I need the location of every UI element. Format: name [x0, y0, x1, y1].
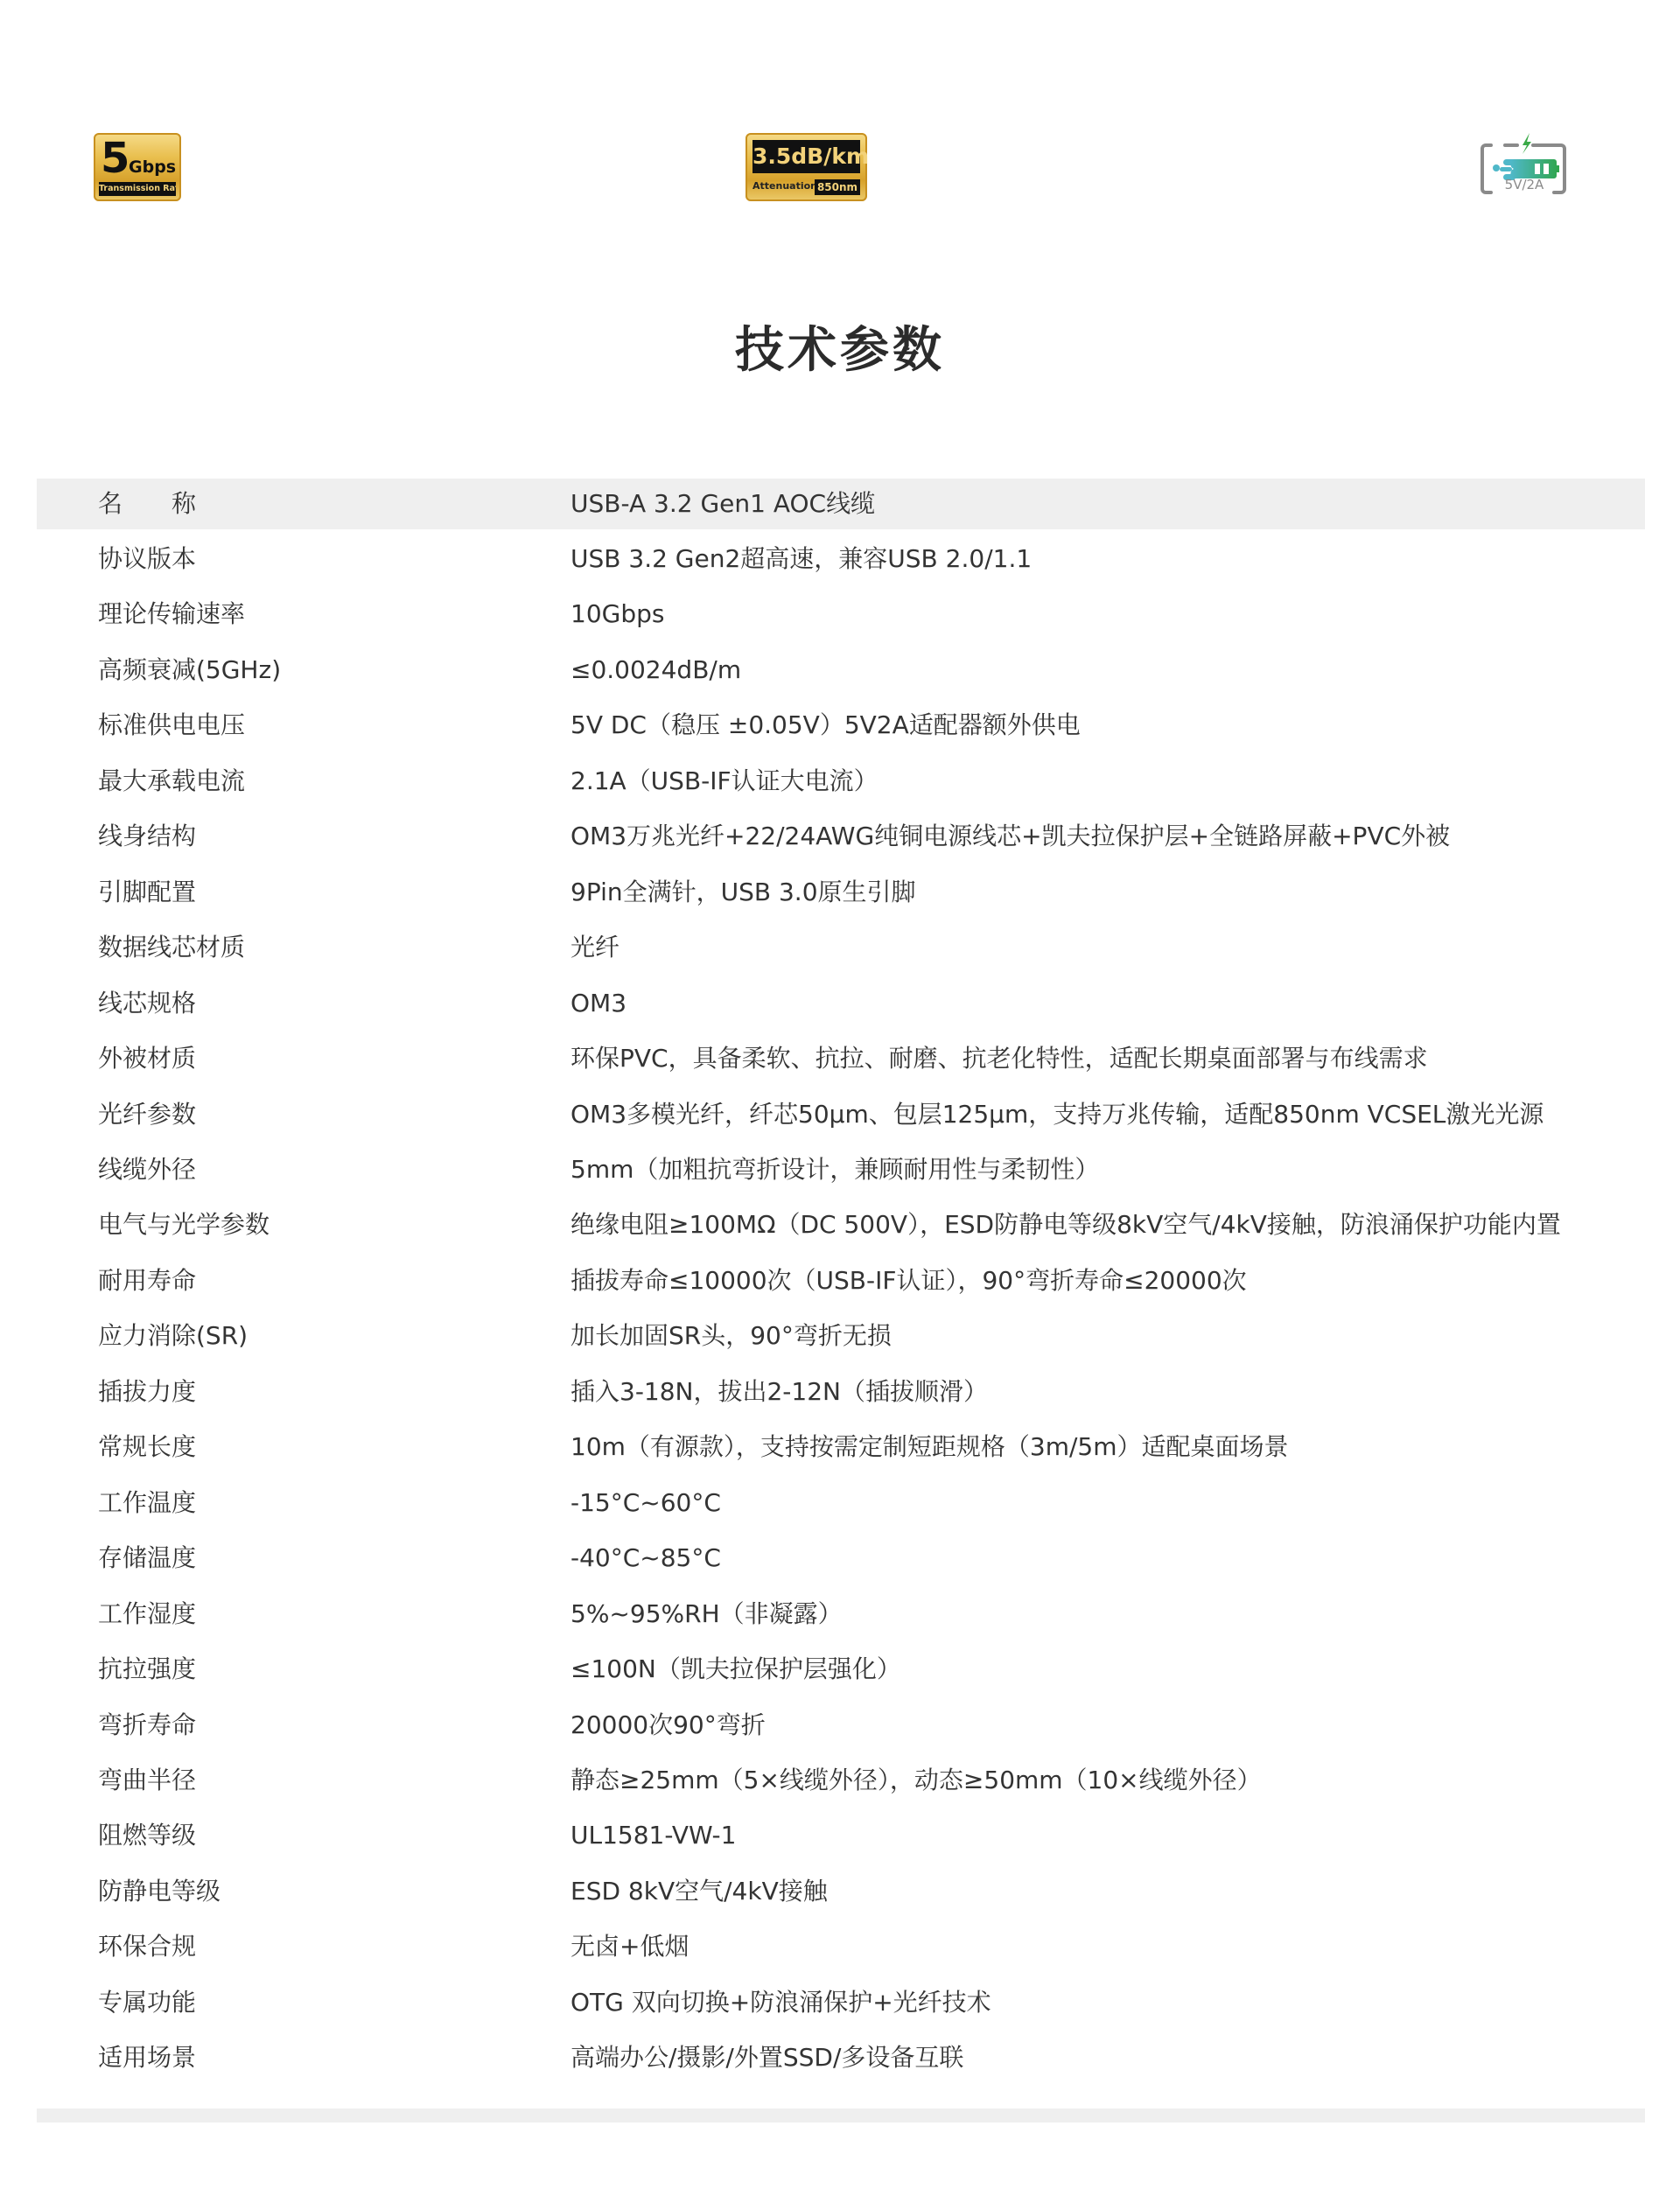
- row-value: -40°C~85°C: [570, 1541, 721, 1576]
- row-value: 静态≥25mm（5×线缆外径），动态≥50mm（10×线缆外径）: [570, 1763, 1262, 1798]
- row-label: 环保合规: [98, 1929, 196, 1964]
- header-label-part1: 名: [98, 489, 122, 518]
- row-label: 数据线芯材质: [98, 930, 245, 965]
- row-value: 插拔寿命≤10000次（USB-IF认证），90°弯折寿命≤20000次: [570, 1263, 1247, 1298]
- row-label: 常规长度: [98, 1430, 196, 1465]
- speed-badge-caption: Transmission Rate: [99, 182, 176, 196]
- header-label: 名称: [98, 479, 196, 529]
- row-label: 专属功能: [98, 1985, 196, 2020]
- table-row: 线缆外径5mm（加粗抗弯折设计，兼顾耐用性与柔韧性）: [37, 1140, 1645, 1195]
- row-label: 防静电等级: [98, 1874, 220, 1909]
- row-label: 电气与光学参数: [98, 1207, 269, 1242]
- table-row: 高频衰减(5GHz)≤0.0024dB/m: [37, 640, 1645, 696]
- page-title: 技术参数: [0, 320, 1680, 381]
- table-row: 标准供电电压5V DC（稳压 ±0.05V）5V2A适配器额外供电: [37, 696, 1645, 751]
- table-row: 常规长度10m（有源款），支持按需定制短距规格（3m/5m）适配桌面场景: [37, 1417, 1645, 1472]
- row-label: 线身结构: [98, 819, 196, 854]
- table-row: 工作温度-15°C~60°C: [37, 1473, 1645, 1528]
- row-value: 加长加固SR头，90°弯折无损: [570, 1318, 892, 1353]
- row-label: 适用场景: [98, 2040, 196, 2075]
- table-row: 电气与光学参数绝缘电阻≥100MΩ（DC 500V），ESD防静电等级8kV空气…: [37, 1195, 1645, 1250]
- row-value: ESD 8kV空气/4kV接触: [570, 1874, 828, 1909]
- row-label: 光纤参数: [98, 1097, 196, 1132]
- row-value: 5mm（加粗抗弯折设计，兼顾耐用性与柔韧性）: [570, 1152, 1099, 1187]
- table-row: 专属功能OTG 双向切换+防浪涌保护+光纤技术: [37, 1973, 1645, 2028]
- table-row: 适用场景高端办公/摄影/外置SSD/多设备互联: [37, 2028, 1645, 2083]
- row-label: 引脚配置: [98, 875, 196, 910]
- row-label: 弯曲半径: [98, 1763, 196, 1798]
- row-value: 高端办公/摄影/外置SSD/多设备互联: [570, 2040, 963, 2075]
- spec-table: 名称 USB-A 3.2 Gen1 AOC线缆 协议版本USB 3.2 Gen2…: [37, 479, 1645, 2084]
- table-row: 光纤参数OM3多模光纤，纤芯50μm、包层125μm，支持万兆传输，适配850n…: [37, 1085, 1645, 1140]
- row-value: OTG 双向切换+防浪涌保护+光纤技术: [570, 1985, 991, 2020]
- table-row: 抗拉强度≤100N（凯夫拉保护层强化）: [37, 1640, 1645, 1695]
- row-value: 光纤: [570, 930, 619, 965]
- row-label: 工作温度: [98, 1486, 196, 1521]
- row-label: 标准供电电压: [98, 708, 245, 743]
- row-value: OM3多模光纤，纤芯50μm、包层125μm，支持万兆传输，适配850nm VC…: [570, 1097, 1543, 1132]
- table-row: 线身结构OM3万兆光纤+22/24AWG纯铜电源线芯+凯夫拉保护层+全链路屏蔽+…: [37, 807, 1645, 862]
- row-label: 线缆外径: [98, 1152, 196, 1187]
- table-footer-band: [37, 2109, 1645, 2123]
- row-value: 插入3-18N，拔出2-12N（插拔顺滑）: [570, 1374, 988, 1409]
- row-value: ≤0.0024dB/m: [570, 653, 741, 688]
- attenuation-badge-value: 3.5dB/km: [752, 140, 860, 173]
- spec-rows: 协议版本USB 3.2 Gen2超高速，兼容USB 2.0/1.1理论传输速率1…: [37, 529, 1645, 2084]
- row-label: 耐用寿命: [98, 1263, 196, 1298]
- row-label: 工作湿度: [98, 1597, 196, 1632]
- attenuation-badge: 3.5dB/km Attenuation 850nm: [745, 133, 867, 201]
- row-value: 5%~95%RH（非凝露）: [570, 1597, 843, 1632]
- row-label: 线芯规格: [98, 986, 196, 1021]
- row-value: ≤100N（凯夫拉保护层强化）: [570, 1652, 901, 1687]
- speed-badge-unit: Gbps: [129, 157, 176, 177]
- row-value: 5V DC（稳压 ±0.05V）5V2A适配器额外供电: [570, 708, 1081, 743]
- table-row: 数据线芯材质光纤: [37, 918, 1645, 973]
- table-row: 防静电等级ESD 8kV空气/4kV接触: [37, 1862, 1645, 1917]
- table-row: 阻燃等级UL1581-VW-1: [37, 1806, 1645, 1861]
- speed-badge-value: 5: [101, 135, 129, 182]
- table-row: 存储温度-40°C~85°C: [37, 1528, 1645, 1584]
- table-row: 耐用寿命插拔寿命≤10000次（USB-IF认证），90°弯折寿命≤20000次: [37, 1251, 1645, 1306]
- row-label: 存储温度: [98, 1541, 196, 1576]
- row-label: 理论传输速率: [98, 597, 245, 632]
- table-row: 协议版本USB 3.2 Gen2超高速，兼容USB 2.0/1.1: [37, 529, 1645, 584]
- row-label: 外被材质: [98, 1041, 196, 1076]
- table-row: 最大承载电流2.1A（USB-IF认证大电流）: [37, 752, 1645, 807]
- row-value: 10Gbps: [570, 597, 664, 632]
- attenuation-badge-caption: Attenuation: [752, 178, 817, 194]
- power-badge: 5V/2A: [1479, 128, 1570, 205]
- row-value: 无卤+低烟: [570, 1929, 689, 1964]
- table-header-row: 名称 USB-A 3.2 Gen1 AOC线缆: [37, 479, 1645, 529]
- table-row: 外被材质环保PVC，具备柔软、抗拉、耐磨、抗老化特性，适配长期桌面部署与布线需求: [37, 1029, 1645, 1084]
- header-label-part2: 称: [171, 489, 196, 518]
- row-label: 高频衰减(5GHz): [98, 653, 281, 688]
- row-value: 10m（有源款），支持按需定制短距规格（3m/5m）适配桌面场景: [570, 1430, 1289, 1465]
- row-label: 最大承载电流: [98, 764, 245, 799]
- row-value: 绝缘电阻≥100MΩ（DC 500V），ESD防静电等级8kV空气/4kV接触，…: [570, 1207, 1561, 1242]
- row-value: OM3: [570, 986, 626, 1021]
- row-value: OM3万兆光纤+22/24AWG纯铜电源线芯+凯夫拉保护层+全链路屏蔽+PVC外…: [570, 819, 1450, 854]
- row-value: 9Pin全满针，USB 3.0原生引脚: [570, 875, 916, 910]
- row-label: 阻燃等级: [98, 1818, 196, 1853]
- row-value: 环保PVC，具备柔软、抗拉、耐磨、抗老化特性，适配长期桌面部署与布线需求: [570, 1041, 1428, 1076]
- row-value: 2.1A（USB-IF认证大电流）: [570, 764, 878, 799]
- table-row: 理论传输速率10Gbps: [37, 584, 1645, 640]
- row-label: 插拔力度: [98, 1374, 196, 1409]
- attenuation-badge-wavelength: 850nm: [815, 179, 860, 195]
- row-value: USB 3.2 Gen2超高速，兼容USB 2.0/1.1: [570, 542, 1032, 577]
- row-label: 弯折寿命: [98, 1708, 196, 1743]
- table-row: 环保合规无卤+低烟: [37, 1917, 1645, 1972]
- row-label: 应力消除(SR): [98, 1318, 248, 1353]
- table-row: 工作湿度5%~95%RH（非凝露）: [37, 1584, 1645, 1640]
- table-row: 弯折寿命20000次90°弯折: [37, 1696, 1645, 1751]
- table-row: 应力消除(SR)加长加固SR头，90°弯折无损: [37, 1306, 1645, 1361]
- power-badge-label: 5V/2A: [1505, 177, 1544, 192]
- speed-badge: 5 Gbps Transmission Rate: [94, 133, 181, 201]
- row-label: 抗拉强度: [98, 1652, 196, 1687]
- battery-charging-icon: 5V/2A: [1479, 128, 1570, 205]
- table-row: 线芯规格OM3: [37, 974, 1645, 1029]
- table-row: 弯曲半径静态≥25mm（5×线缆外径），动态≥50mm（10×线缆外径）: [37, 1751, 1645, 1806]
- table-row: 插拔力度插入3-18N，拔出2-12N（插拔顺滑）: [37, 1362, 1645, 1417]
- row-value: 20000次90°弯折: [570, 1708, 766, 1743]
- row-value: UL1581-VW-1: [570, 1818, 736, 1853]
- header-value: USB-A 3.2 Gen1 AOC线缆: [570, 479, 875, 529]
- row-label: 协议版本: [98, 542, 196, 577]
- row-value: -15°C~60°C: [570, 1486, 721, 1521]
- table-row: 引脚配置9Pin全满针，USB 3.0原生引脚: [37, 863, 1645, 918]
